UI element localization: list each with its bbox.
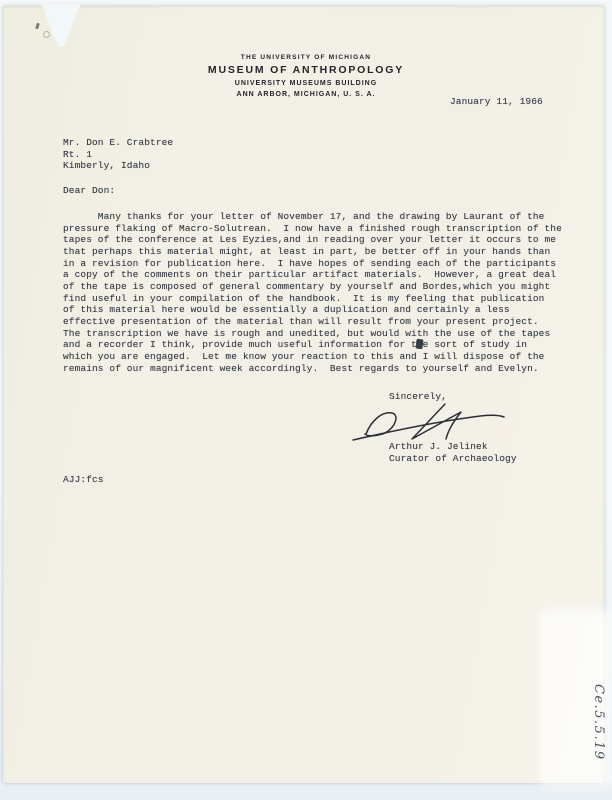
signature-ink	[348, 400, 508, 444]
letterhead-building: UNIVERSITY MUSEUMS BUILDING	[0, 80, 612, 87]
letterhead-department: MUSEUM OF ANTHROPOLOGY	[0, 64, 612, 76]
scanned-letter: THE UNIVERSITY OF MICHIGAN MUSEUM OF ANT…	[0, 0, 612, 800]
letterhead: THE UNIVERSITY OF MICHIGAN MUSEUM OF ANT…	[0, 54, 612, 98]
salutation: Dear Don:	[63, 185, 115, 197]
letter-body: Many thanks for your letter of November …	[63, 211, 562, 374]
sender-title: Curator of Archaeology	[389, 453, 517, 465]
letter-paper	[3, 6, 604, 783]
recipient-address: Mr. Don E. Crabtree Rt. 1 Kimberly, Idah…	[63, 137, 173, 172]
catalog-number: Ce.5.5.19	[584, 684, 606, 770]
sender-name: Arthur J. Jelinek	[389, 441, 488, 453]
ink-blot-overstrike	[415, 339, 423, 350]
typist-initials: AJJ:fcs	[63, 474, 104, 486]
letterhead-institution: THE UNIVERSITY OF MICHIGAN	[0, 54, 612, 61]
letter-date: January 11, 1966	[450, 96, 543, 108]
paper-ring-mark	[43, 31, 50, 38]
